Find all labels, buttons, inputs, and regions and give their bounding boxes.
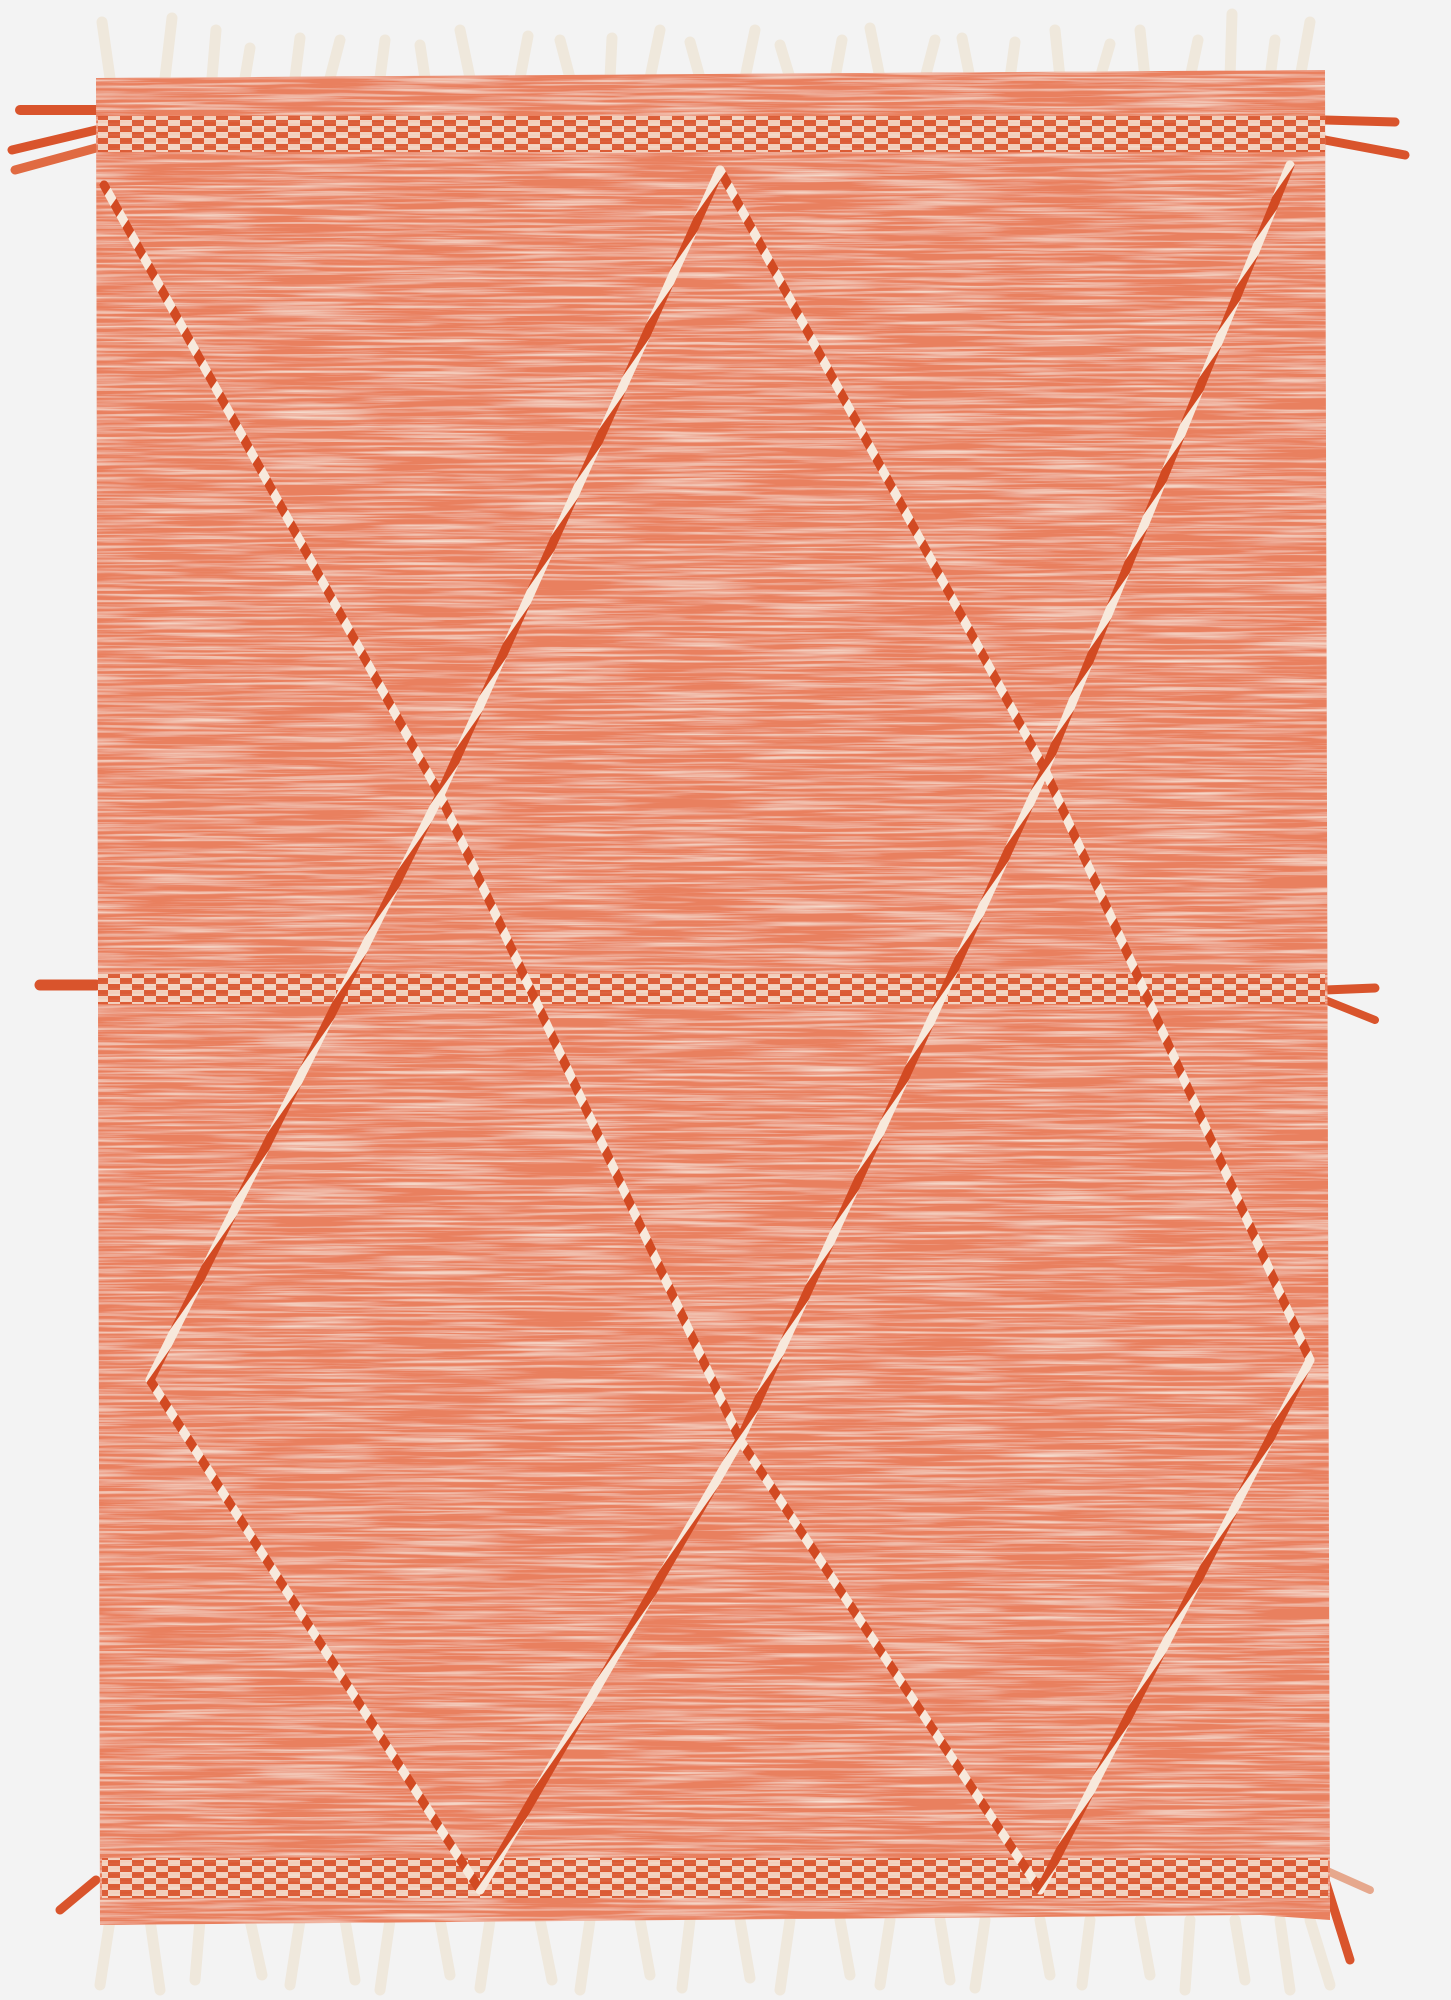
top-band — [98, 116, 1325, 152]
bottom-band — [102, 1858, 1328, 1898]
rug-photo — [0, 0, 1451, 2000]
